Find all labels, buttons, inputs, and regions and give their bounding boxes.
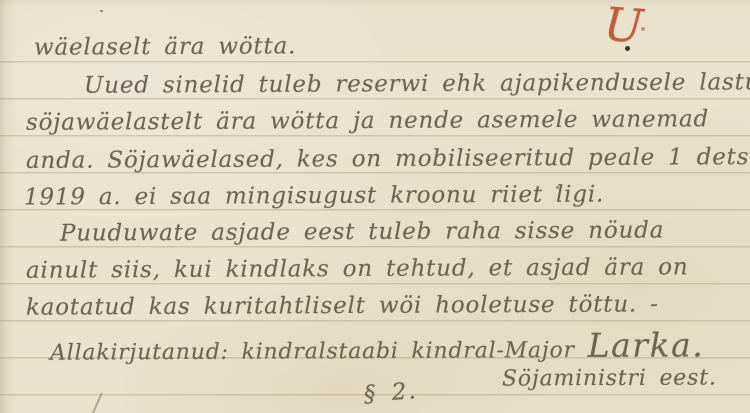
stray-pen-stroke [91, 393, 103, 413]
signature-line: Allakirjutanud: kindralstaabi kindral-Ma… [50, 328, 704, 364]
handwritten-line-4: anda. Söjawäelased, kes on mobiliseeritu… [26, 146, 750, 173]
manuscript-page: U wäelaselt ära wötta. Uued sinelid tule… [0, 0, 750, 413]
handwritten-line-1: wäelaselt ära wötta. [34, 35, 296, 59]
ink-dot [625, 46, 630, 51]
minister-line: Söjaministri eest. [502, 367, 717, 390]
handwritten-line-2: Uued sinelid tuleb reserwi ehk ajapikend… [84, 71, 750, 98]
handwritten-line-3: söjawäelastelt ära wötta ja nende asemel… [26, 108, 709, 135]
red-pencil-annotation: U [602, 0, 644, 52]
red-dot [641, 27, 645, 31]
handwritten-line-7: ainult siis, kui kindlaks on tehtud, et … [26, 256, 689, 282]
handwritten-line-5: 1919 a. ei saa mingisugust kroonu riiet … [24, 183, 604, 209]
section-number: § 2. [363, 380, 418, 407]
signature-label: Allakirjutanud: kindralstaabi kindral-Ma… [50, 338, 575, 366]
handwritten-line-6: Puuduwate asjade eest tuleb raha sisse n… [60, 219, 664, 245]
paper-speck [100, 10, 103, 12]
handwritten-line-8: kaotatud kas kuritahtliselt wöi hooletus… [26, 293, 659, 319]
signature-name: Larka. [588, 325, 705, 365]
